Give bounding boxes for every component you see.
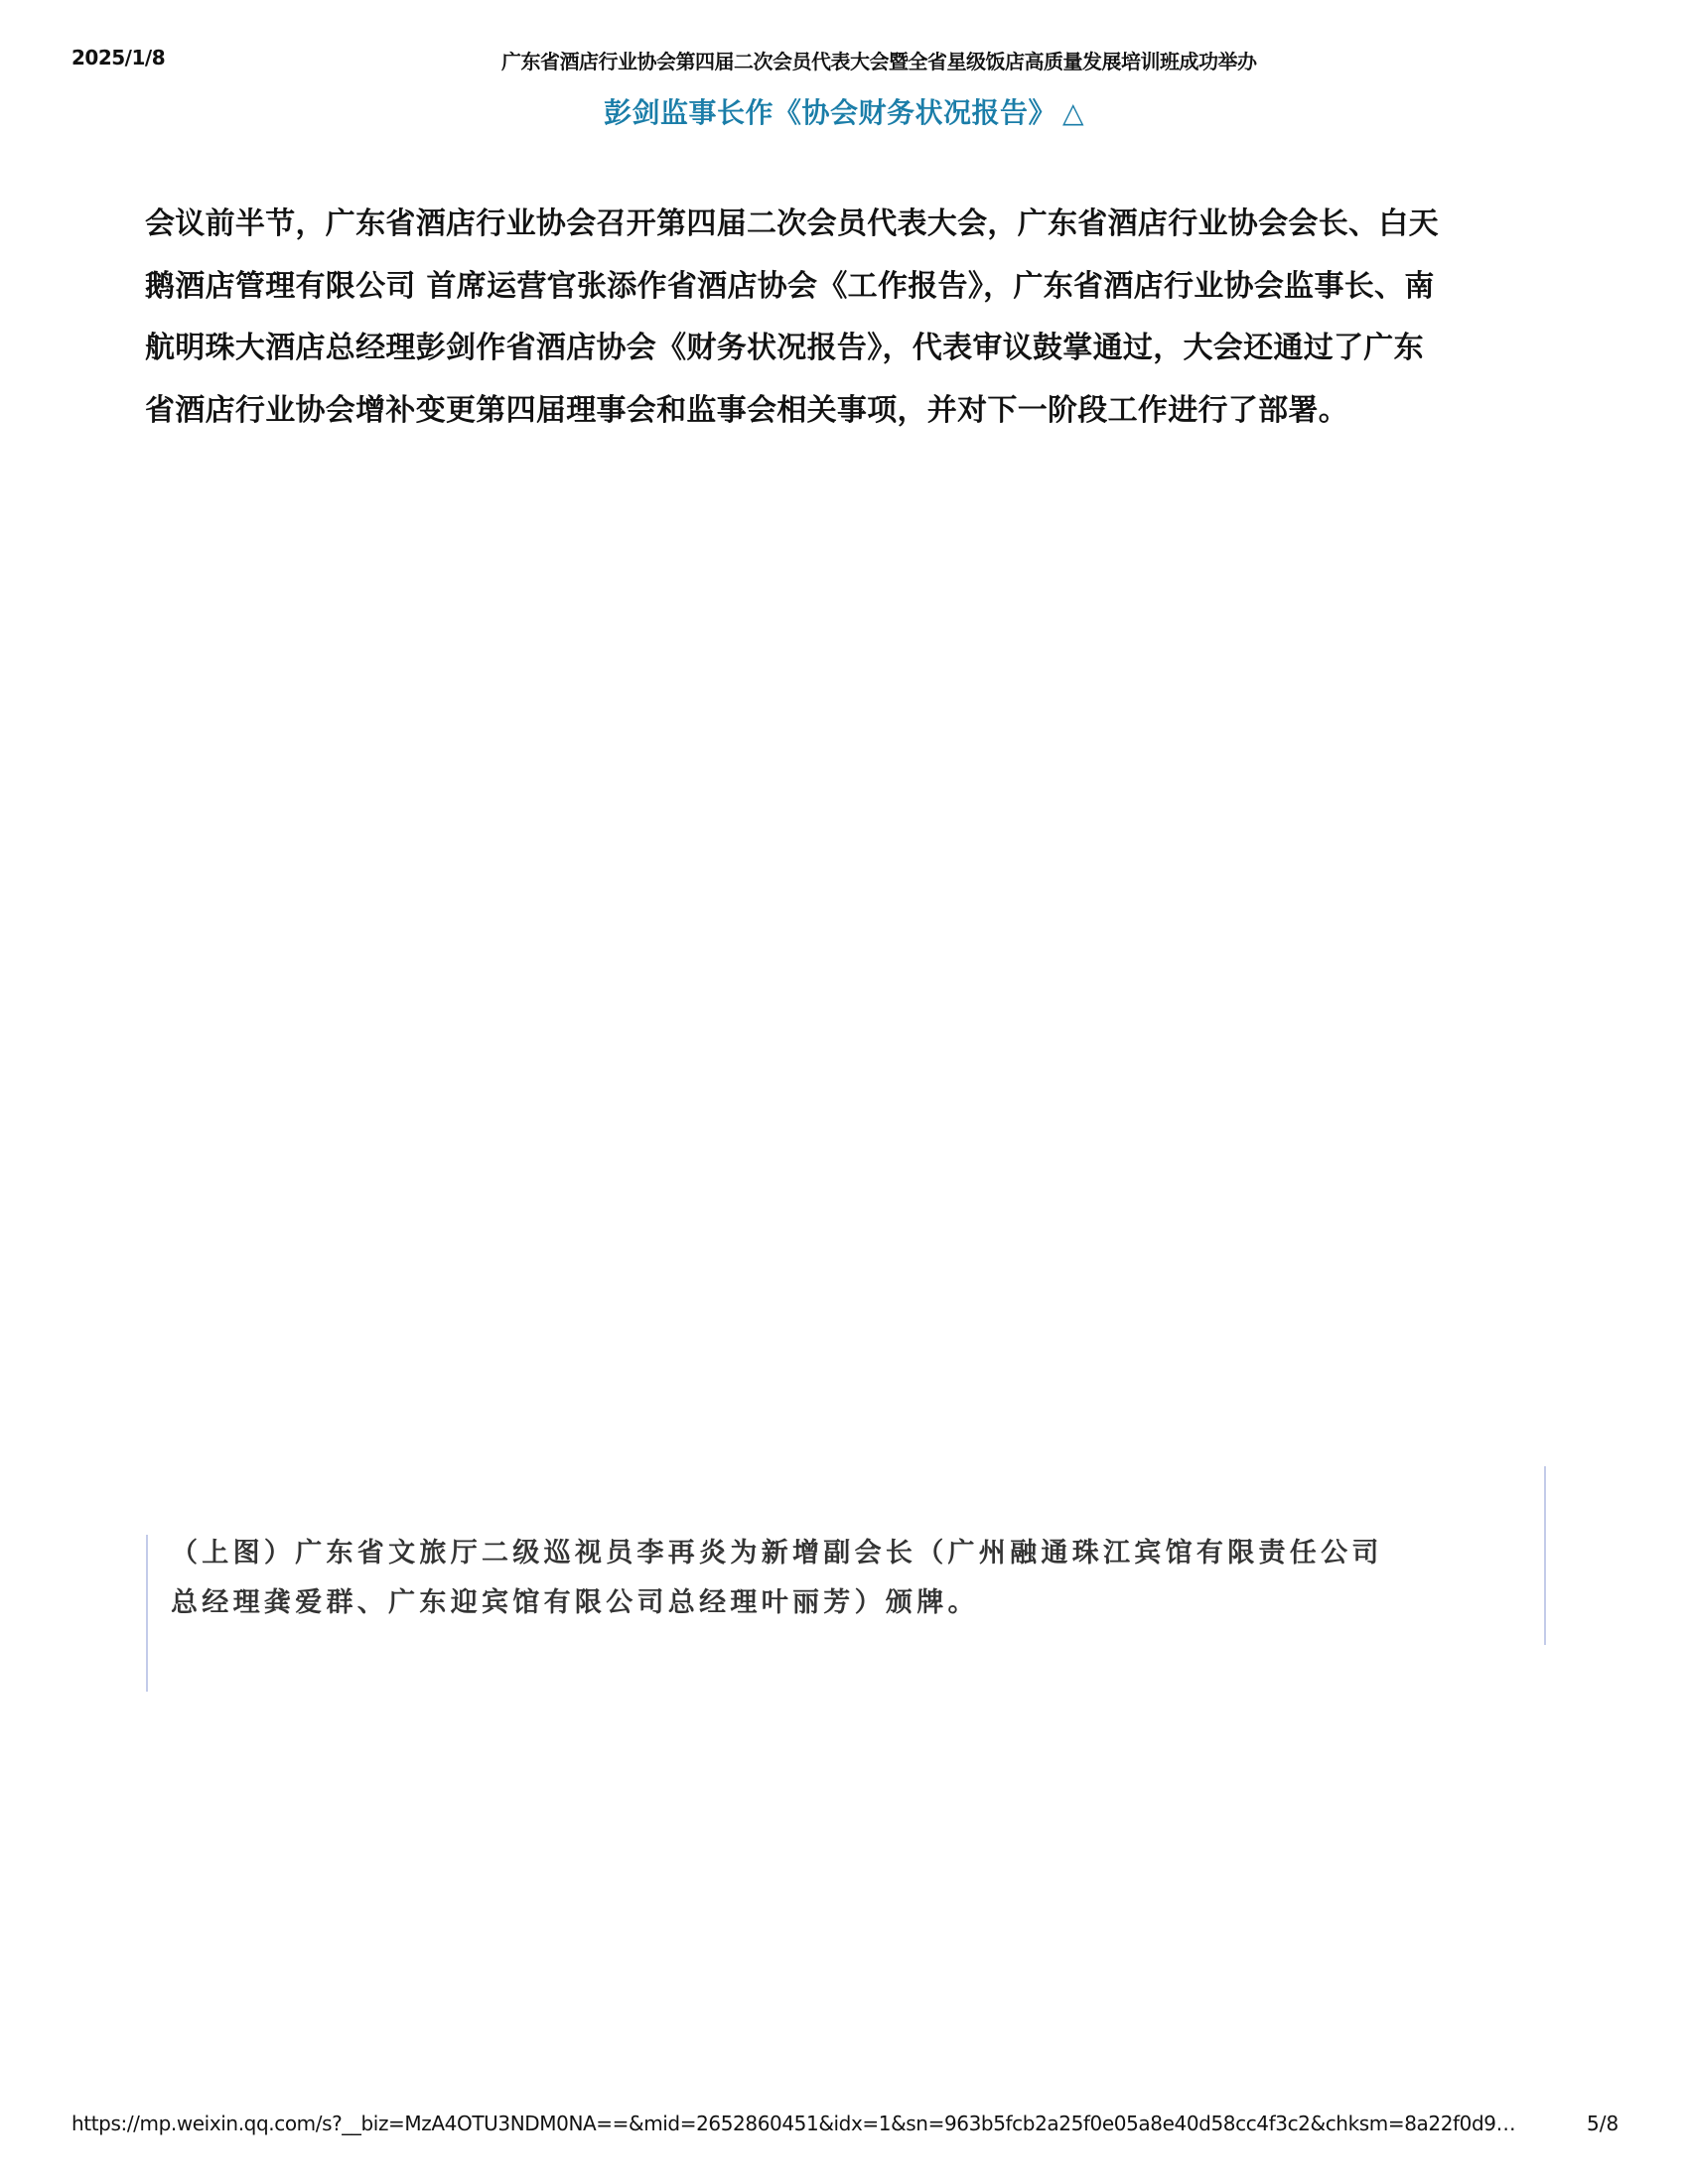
triangle-up-icon: △ (1062, 96, 1084, 129)
body-line: 省酒店行业协会增补变更第四届理事会和监事会相关事项，并对下一阶段工作进行了部署。 (145, 380, 1555, 443)
page-number: 5/8 (1587, 2112, 1618, 2135)
caption-right-rule (1544, 1466, 1546, 1645)
body-line: 鹅酒店管理有限公司 首席运营官张添作省酒店协会《工作报告》，广东省酒店行业协会监… (145, 256, 1555, 319)
image-caption: （上图）广东省文旅厅二级巡视员李再炎为新增副会长（广州融通珠江宾馆有限责任公司 … (171, 1529, 1531, 1628)
body-line: 会议前半节，广东省酒店行业协会召开第四届二次会员代表大会，广东省酒店行业协会会长… (145, 194, 1555, 256)
body-paragraph: 会议前半节，广东省酒店行业协会召开第四届二次会员代表大会，广东省酒店行业协会会长… (145, 194, 1555, 442)
source-url: https://mp.weixin.qq.com/s?__biz=MzA4OTU… (71, 2112, 1515, 2135)
caption-line: （上图）广东省文旅厅二级巡视员李再炎为新增副会长（广州融通珠江宾馆有限责任公司 (171, 1529, 1531, 1578)
caption-left-rule (146, 1535, 148, 1692)
print-page-title: 广东省酒店行业协会第四届二次会员代表大会暨全省星级饭店高质量发展培训班成功举办 (501, 46, 1257, 74)
caption-line: 总经理龚爱群、广东迎宾馆有限公司总经理叶丽芳）颁牌。 (171, 1578, 1531, 1628)
print-date: 2025/1/8 (71, 46, 165, 69)
section-title: 彭剑监事长作《协会财务状况报告》△ (0, 91, 1688, 131)
body-line: 航明珠大酒店总经理彭剑作省酒店协会《财务状况报告》，代表审议鼓掌通过，大会还通过… (145, 318, 1555, 380)
section-title-text: 彭剑监事长作《协会财务状况报告》 (604, 96, 1056, 129)
